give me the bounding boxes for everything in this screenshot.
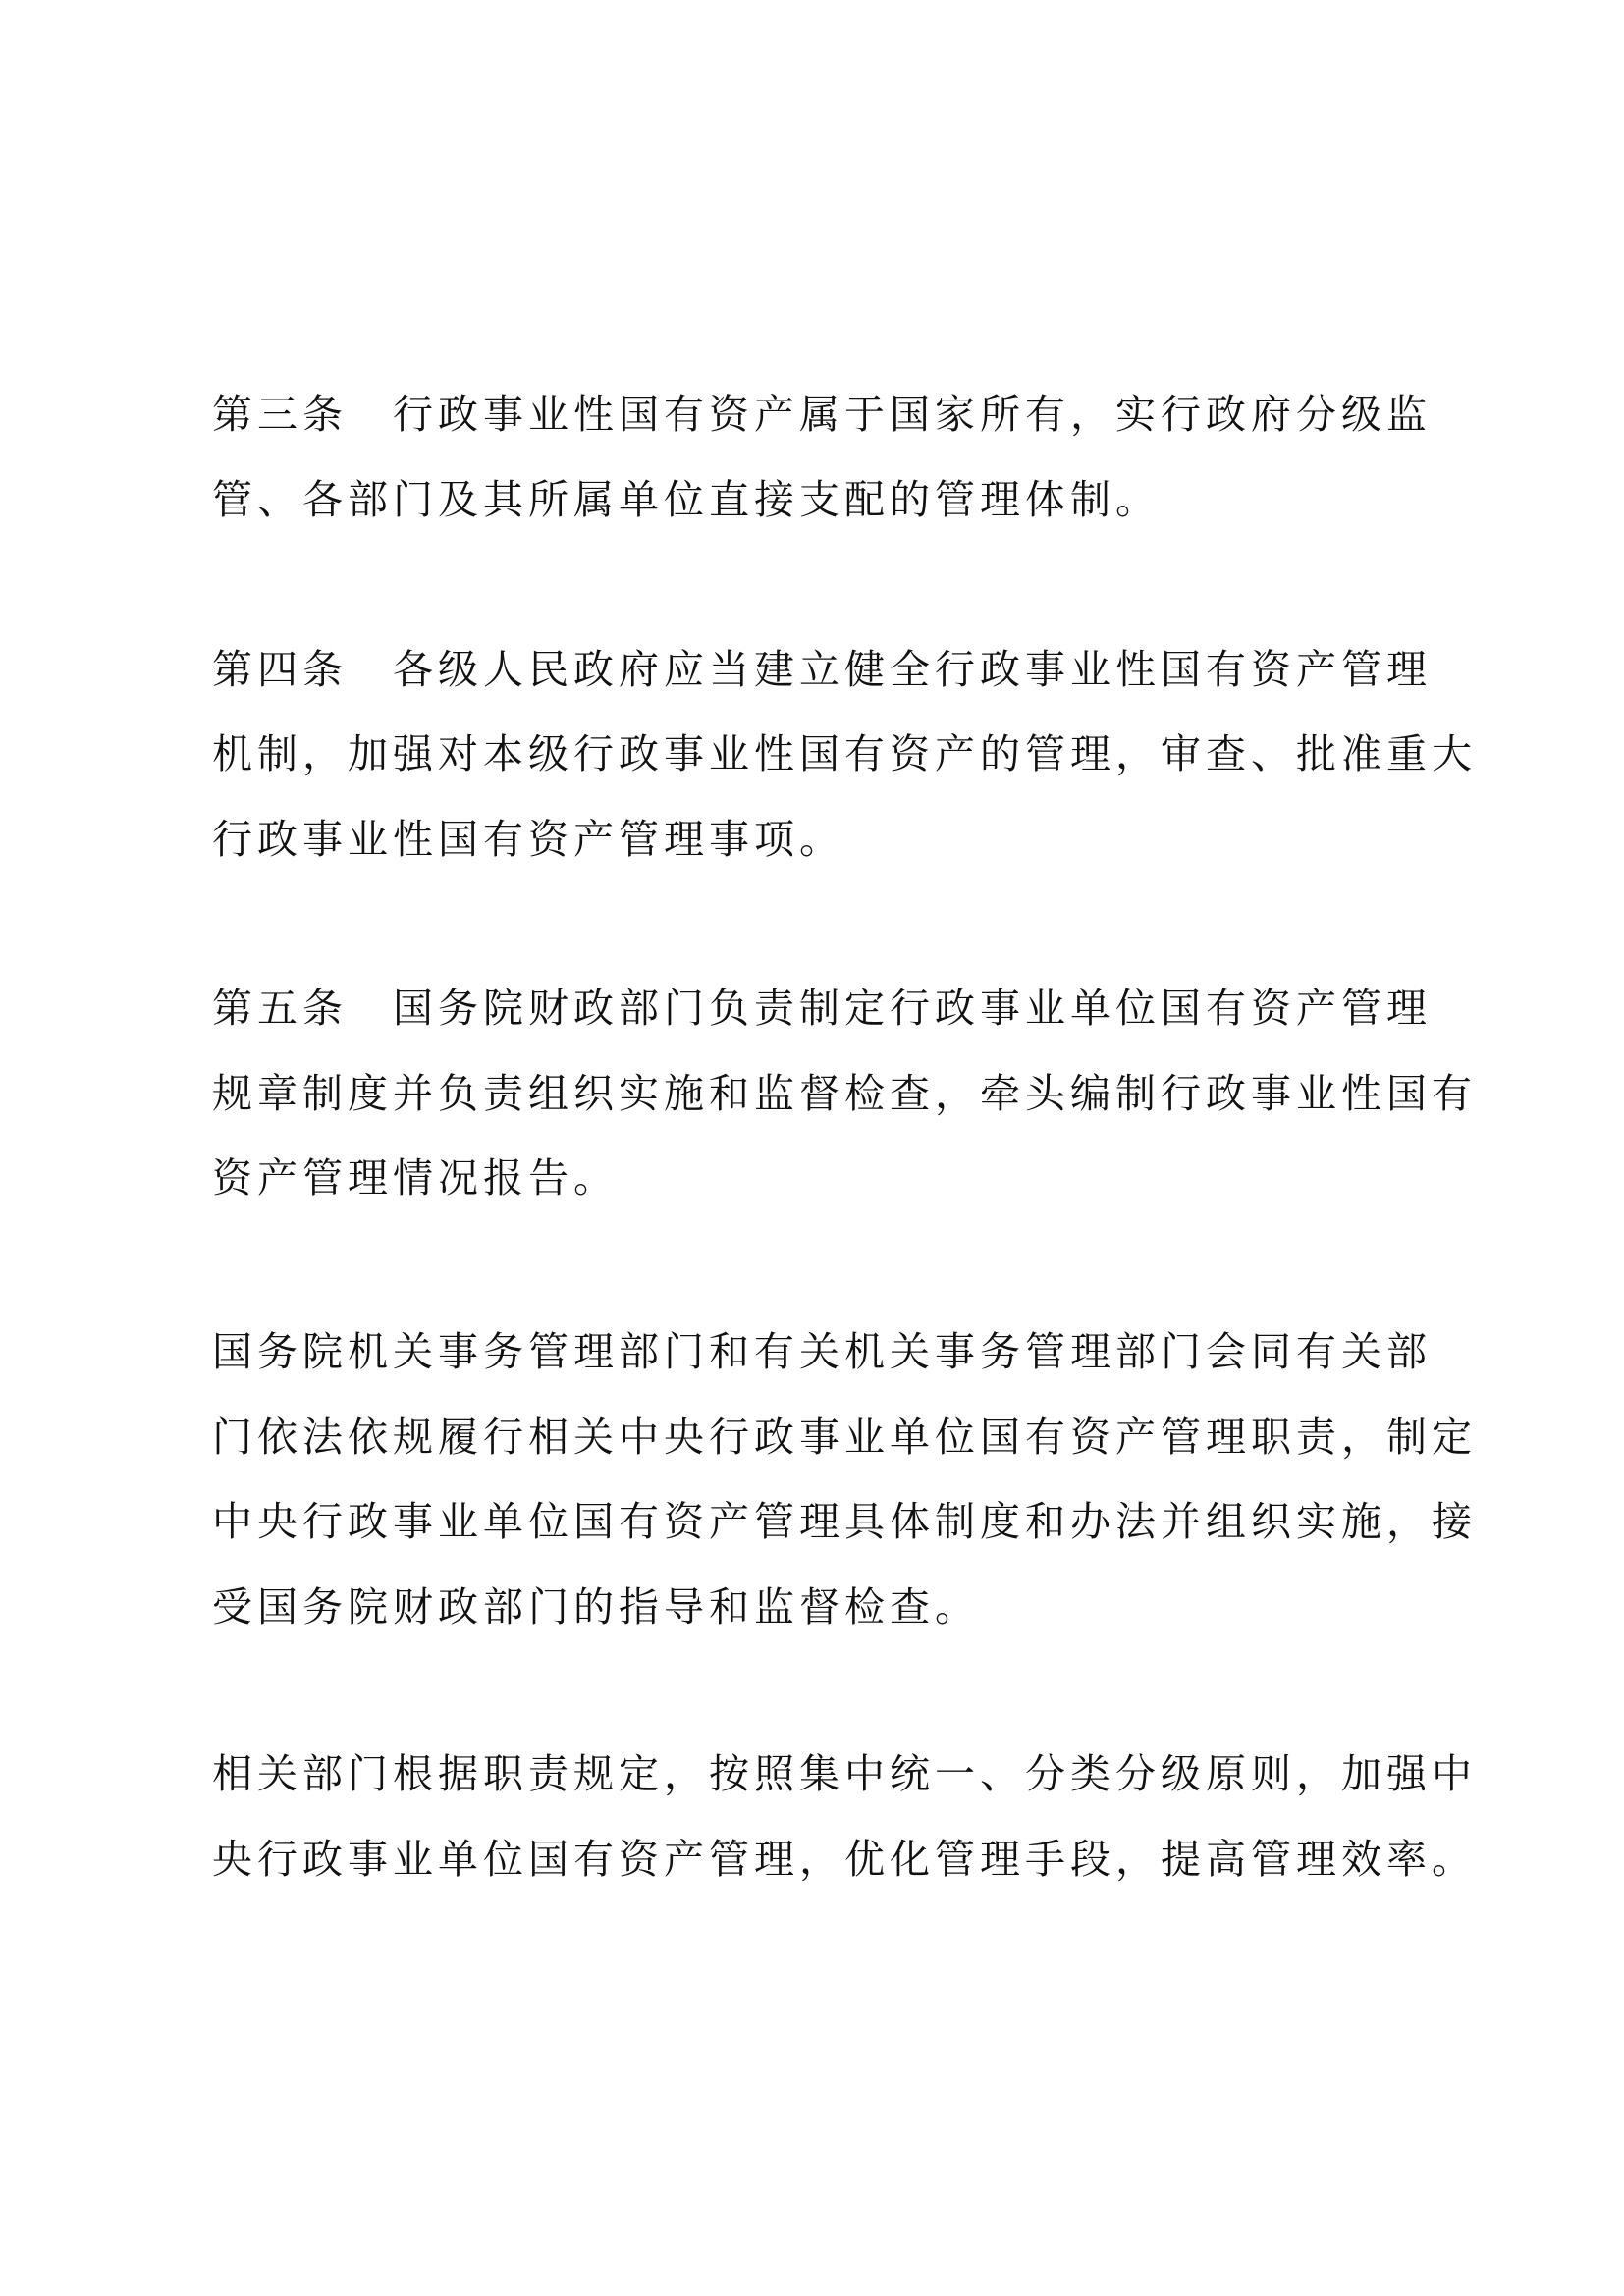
text-line: 规章制度并负责组织实施和监督检查，牵头编制行政事业性国有 — [212, 1070, 1477, 1117]
text-line: 第四条 各级人民政府应当建立健全行政事业性国有资产管理 — [212, 646, 1432, 693]
text-line: 受国务院财政部门的指导和监督检查。 — [212, 1583, 980, 1630]
text-line: 门依法依规履行相关中央行政事业单位国有资产管理职责，制定 — [212, 1414, 1477, 1461]
text-line: 第三条 行政事业性国有资产属于国家所有，实行政府分级监 — [212, 391, 1432, 438]
text-line: 国务院机关事务管理部门和有关机关事务管理部门会同有关部 — [212, 1328, 1432, 1375]
text-line: 相关部门根据职责规定，按照集中统一、分类分级原则，加强中 — [212, 1750, 1477, 1797]
text-line: 央行政事业单位国有资产管理，优化管理手段，提高管理效率。 — [212, 1836, 1477, 1883]
text-line: 管、各部门及其所属单位直接支配的管理体制。 — [212, 476, 1161, 523]
text-line: 资产管理情况报告。 — [212, 1154, 619, 1201]
text-line: 第五条 国务院财政部门负责制定行政事业单位国有资产管理 — [212, 985, 1432, 1032]
text-line: 中央行政事业单位国有资产管理具体制度和办法并组织实施，接 — [212, 1498, 1477, 1545]
text-line: 机制，加强对本级行政事业性国有资产的管理，审查、批准重大 — [212, 730, 1477, 777]
text-line: 行政事业性国有资产管理事项。 — [212, 816, 844, 863]
document-page: 第三条 行政事业性国有资产属于国家所有，实行政府分级监 管、各部门及其所属单位直… — [0, 0, 1624, 2296]
